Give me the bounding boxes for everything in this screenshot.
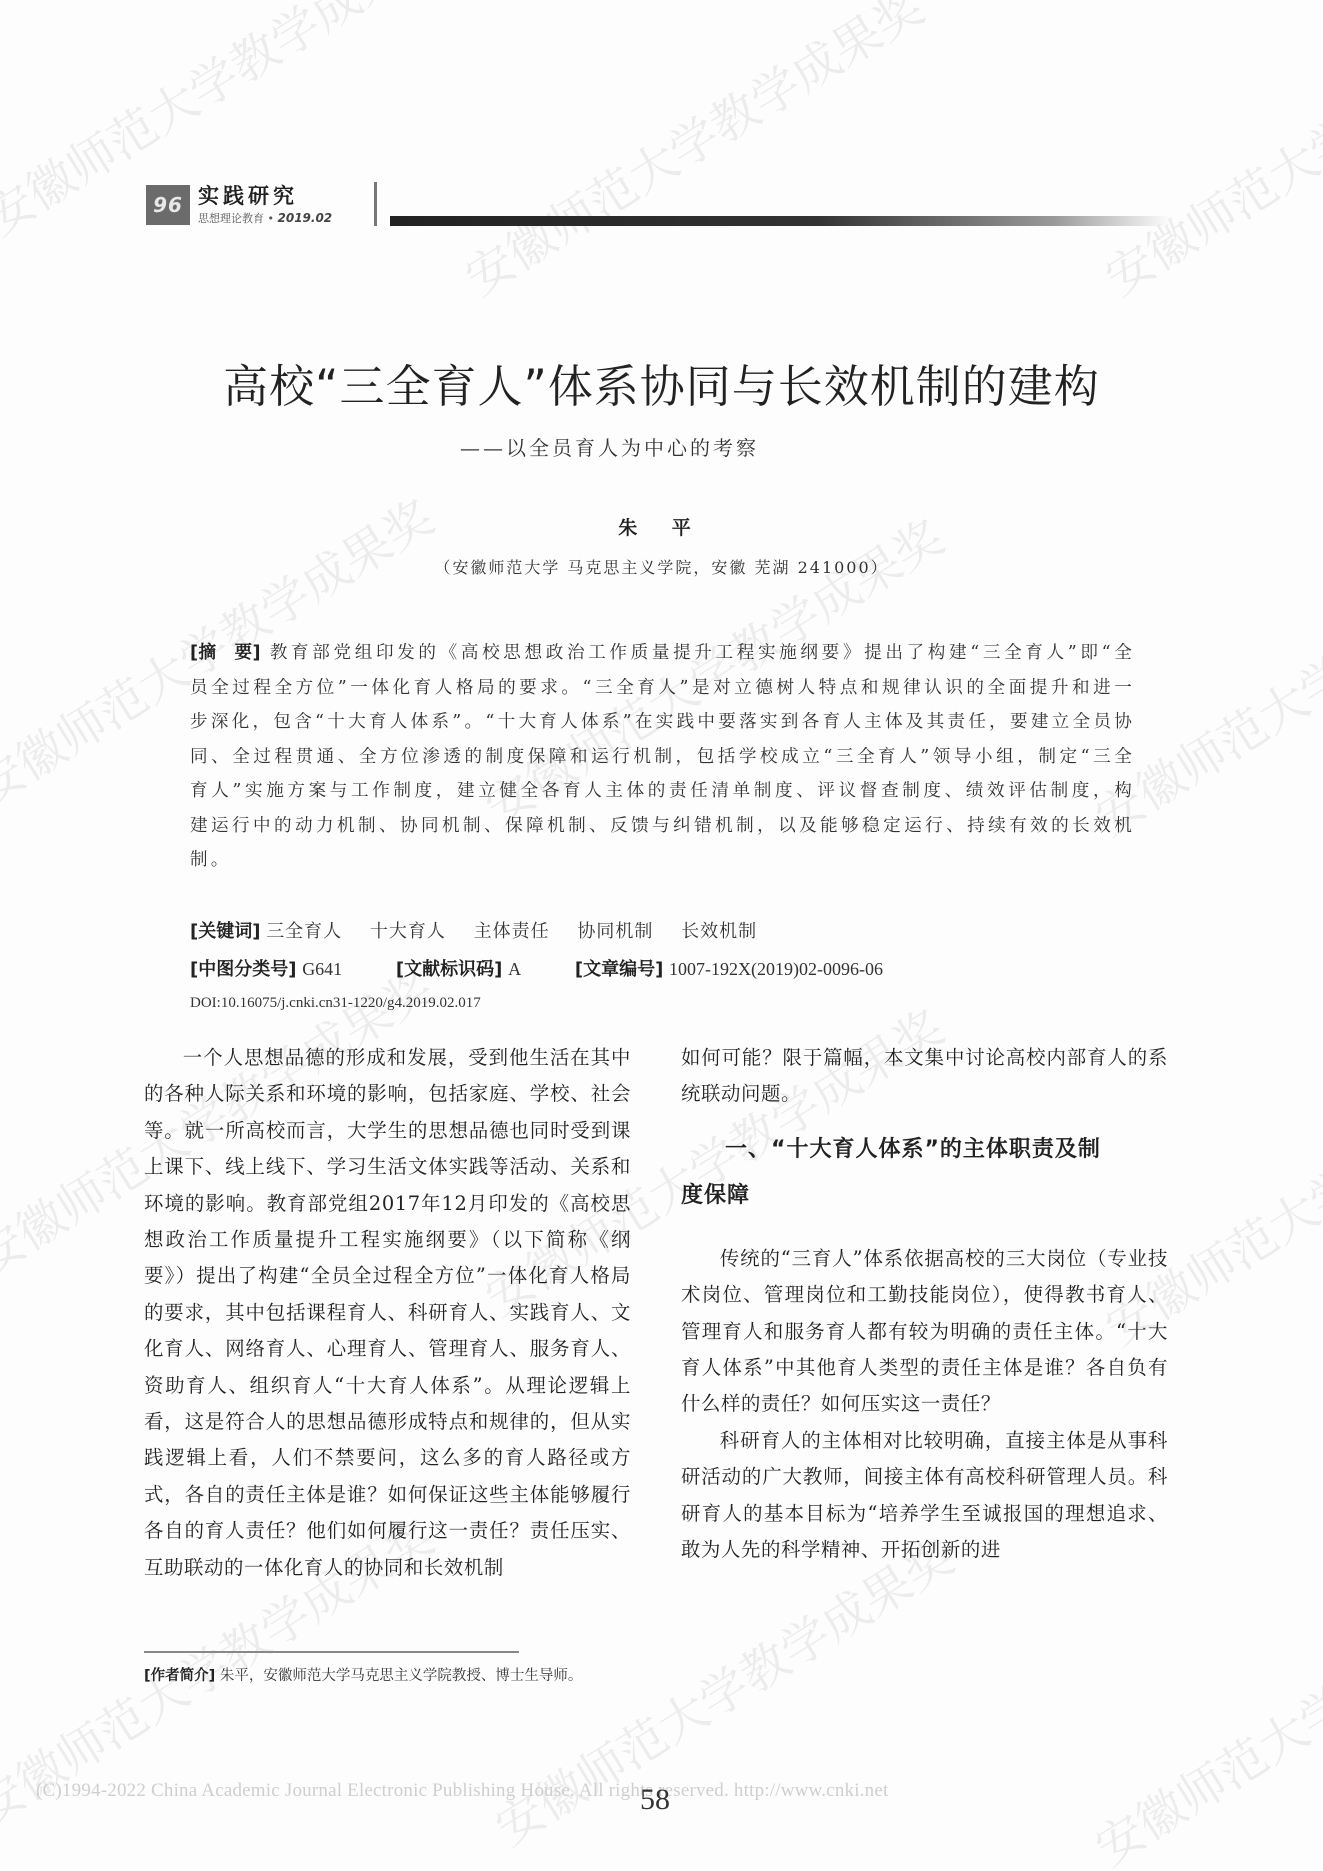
issue-date: 2019.02 xyxy=(278,211,333,225)
separator-dot: • xyxy=(268,212,275,225)
abstract-text: 教育部党组印发的《高校思想政治工作质量提升工程实施纲要》提出了构建“三全育人”即… xyxy=(190,643,1135,870)
header-divider xyxy=(374,182,377,226)
doc-code-label: [文献标识码] xyxy=(396,959,502,980)
doc-code-value: A xyxy=(508,959,521,979)
header-rule xyxy=(390,216,1170,226)
keyword: 三全育人 xyxy=(266,921,342,942)
paragraph: 一个人思想品德的形成和发展，受到他生活在其中的各种人际关系和环境的影响，包括家庭… xyxy=(144,1040,631,1586)
abstract: [摘 要] 教育部党组印发的《高校思想政治工作质量提升工程实施纲要》提出了构建“… xyxy=(190,636,1135,878)
paragraph: 科研育人的主体相对比较明确，直接主体是从事科研活动的广大教师，间接主体有高校科研… xyxy=(681,1423,1168,1569)
watermark: 安徽师范大学教学成果奖 xyxy=(450,0,934,309)
article-subtitle: ——以全员育人为中心的考察 xyxy=(460,432,759,461)
body-column-right: 如何可能？限于篇幅，本文集中讨论高校内部育人的系统联动问题。 一、“十大育人体系… xyxy=(681,1040,1168,1568)
watermark: 安徽师范大学教学成果奖 xyxy=(1090,0,1323,309)
footnote-rule xyxy=(144,1651,519,1653)
body-column-left: 一个人思想品德的形成和发展，受到他生活在其中的各种人际关系和环境的影响，包括家庭… xyxy=(144,1040,631,1586)
keyword: 长效机制 xyxy=(681,921,757,942)
keyword: 协同机制 xyxy=(577,921,653,942)
author-footnote: [作者简介] 朱平，安徽师范大学马克思主义学院教授、博士生导师。 xyxy=(144,1664,582,1685)
clc-label: [中图分类号] xyxy=(190,959,296,980)
abstract-label: [摘 要] xyxy=(190,643,261,663)
article-title: 高校“三全育人”体系协同与长效机制的建构 xyxy=(0,350,1323,415)
keyword: 十大育人 xyxy=(370,921,446,942)
footnote-text: 朱平，安徽师范大学马克思主义学院教授、博士生导师。 xyxy=(220,1668,583,1684)
article-number-label: [文章编号] xyxy=(575,959,663,980)
page-number: 58 xyxy=(640,1783,670,1817)
section-heading-line1: 一、“十大育人体系”的主体职责及制 xyxy=(725,1137,1101,1162)
article-number-value: 1007-192X(2019)02-0096-06 xyxy=(669,959,883,979)
keyword: 主体责任 xyxy=(474,921,550,942)
author-name: 朱 平 xyxy=(0,513,1323,540)
classification-row: [中图分类号] G641 [文献标识码] A [文章编号] 1007-192X(… xyxy=(190,955,931,981)
journal-name: 思想理论教育 xyxy=(198,212,264,225)
page-badge: 96 xyxy=(146,185,190,225)
section-heading-line2: 度保障 xyxy=(681,1173,1168,1219)
journal-issue: 思想理论教育 • 2019.02 xyxy=(198,210,332,226)
paragraph: 如何可能？限于篇幅，本文集中讨论高校内部育人的系统联动问题。 xyxy=(681,1040,1168,1113)
author-affiliation: （安徽师范大学 马克思主义学院，安徽 芜湖 241000） xyxy=(0,555,1323,578)
paragraph: 传统的“三育人”体系依据高校的三大岗位（专业技术岗位、管理岗位和工勤技能岗位），… xyxy=(681,1241,1168,1423)
copyright-notice: (C)1994-2022 China Academic Journal Elec… xyxy=(36,1780,888,1802)
doi[interactable]: DOI:10.16075/j.cnki.cn31-1220/g4.2019.02… xyxy=(190,995,481,1012)
clc-value: G641 xyxy=(302,959,342,979)
footnote-label: [作者简介] xyxy=(144,1668,215,1684)
keywords-row: [关键词] 三全育人 十大育人 主体责任 协同机制 长效机制 xyxy=(190,917,779,943)
section-label: 实践研究 xyxy=(198,180,298,210)
watermark: 安徽师范大学教学成果奖 xyxy=(1080,1540,1323,1871)
keywords-label: [关键词] xyxy=(190,921,260,942)
section-heading: 一、“十大育人体系”的主体职责及制 度保障 xyxy=(681,1127,1168,1219)
